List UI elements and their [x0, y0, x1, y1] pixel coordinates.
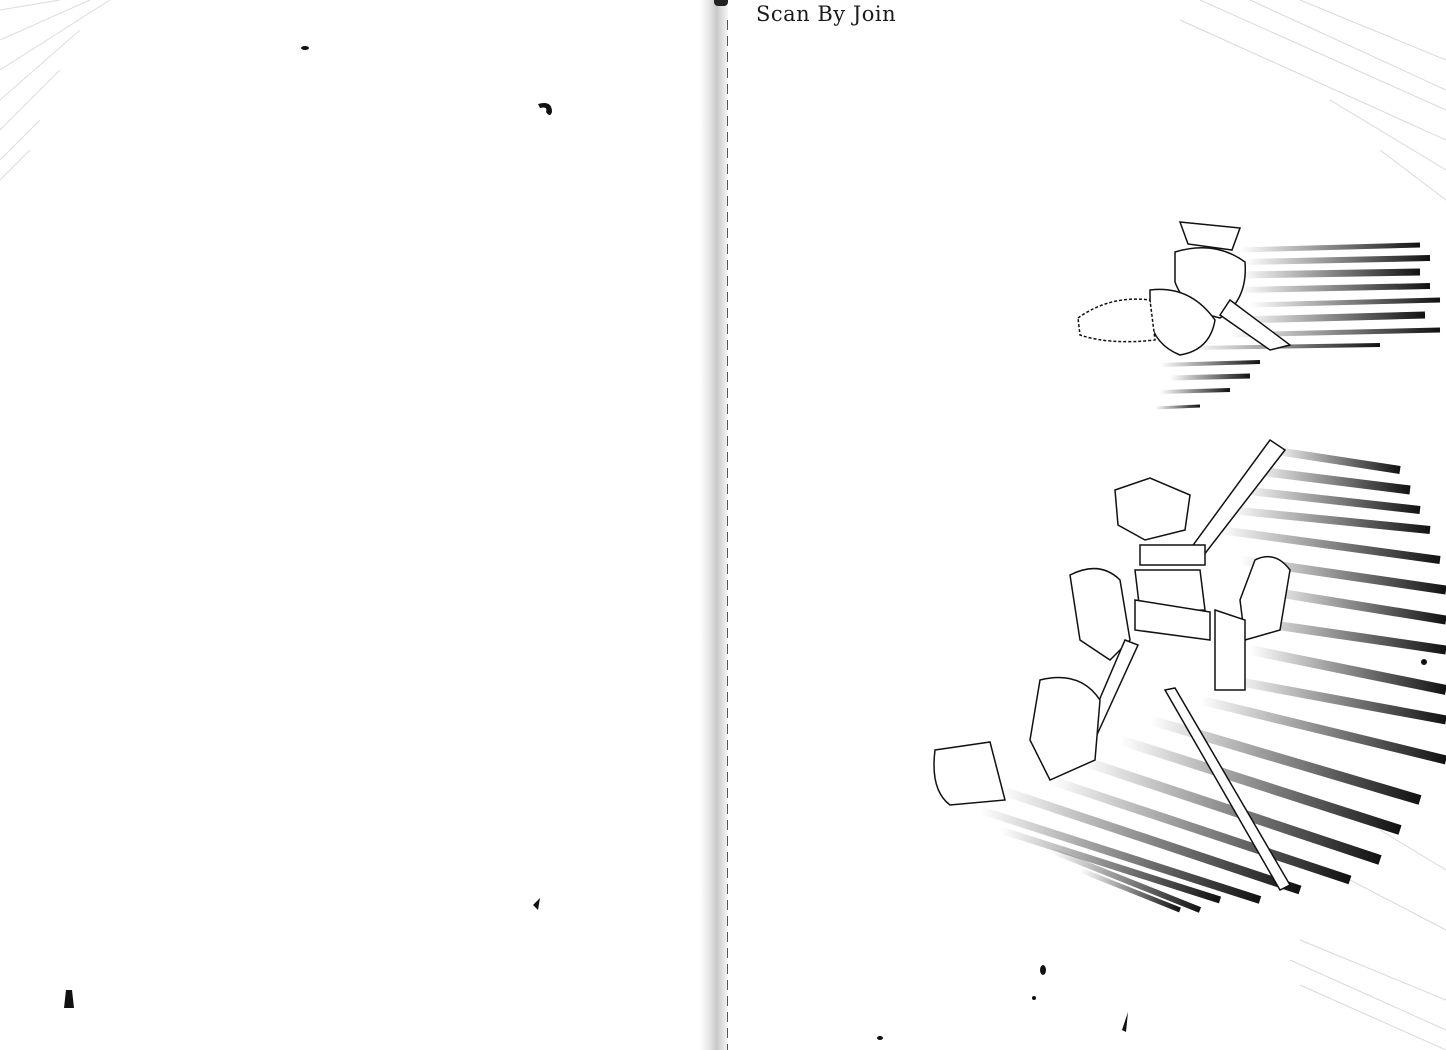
artwork: [0, 0, 1446, 1050]
corner-screentone-top-right: [1180, 0, 1446, 200]
corner-screentone-bottom-right: [1290, 830, 1446, 1050]
lower-mecha-outline: [934, 440, 1290, 890]
scan-credit: Scan By Join: [756, 2, 896, 26]
manga-spread: Scan By Join: [0, 0, 1446, 1050]
corner-screentone-left: [0, 0, 110, 180]
